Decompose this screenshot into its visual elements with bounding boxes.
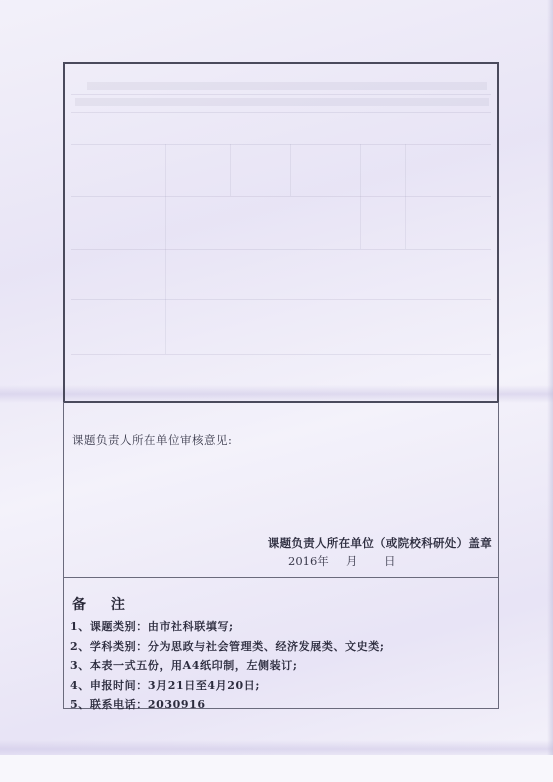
ghost-grid-line xyxy=(290,144,291,196)
notes-list: 1、课题类别：由市社科联填写; 2、学科类别：分为思政与社会管理类、经济发展类、… xyxy=(70,617,385,715)
date-month: 月 xyxy=(346,553,384,569)
ghost-grid-line xyxy=(71,249,491,250)
notes-section: 备 注 1、课题类别：由市社科联填写; 2、学科类别：分为思政与社会管理类、经济… xyxy=(63,577,499,709)
ghost-grid-line xyxy=(165,144,166,354)
ghost-grid-line xyxy=(71,112,491,113)
ghost-text-block xyxy=(75,98,489,106)
ghost-grid-line xyxy=(71,354,491,355)
upper-form-section xyxy=(63,62,499,403)
date-year: 2016年 xyxy=(288,553,346,569)
note-item: 3、本表一式五份，用A4纸印制，左侧装订; xyxy=(70,656,385,676)
date-day: 日 xyxy=(384,553,396,569)
ghost-grid-line xyxy=(71,196,491,197)
ghost-grid-line xyxy=(405,144,406,249)
ghost-grid-line xyxy=(71,299,491,300)
unit-review-section: 课题负责人所在单位审核意见: 课题负责人所在单位（或院校科研处）盖章 2016年… xyxy=(63,402,499,578)
ghost-grid-line xyxy=(71,94,491,95)
paper-edge-shadow xyxy=(547,0,553,782)
ghost-grid-line xyxy=(71,144,491,145)
seal-label: 课题负责人所在单位（或院校科研处）盖章 xyxy=(268,535,492,551)
note-item: 1、课题类别：由市社科联填写; xyxy=(70,617,385,637)
note-item: 2、学科类别：分为思政与社会管理类、经济发展类、文史类; xyxy=(70,637,385,657)
date-line: 2016年月日 xyxy=(288,553,396,569)
ghost-grid-line xyxy=(230,144,231,196)
note-item: 5、联系电话：2030916 xyxy=(70,695,385,715)
ghost-grid-line xyxy=(360,144,361,249)
scan-bottom-margin xyxy=(0,755,553,782)
review-opinion-label: 课题负责人所在单位审核意见: xyxy=(72,432,232,448)
ghost-text-block xyxy=(87,82,487,90)
notes-title: 备 注 xyxy=(72,594,135,614)
note-item: 4、申报时间：3月21日至4月20日; xyxy=(70,676,385,696)
